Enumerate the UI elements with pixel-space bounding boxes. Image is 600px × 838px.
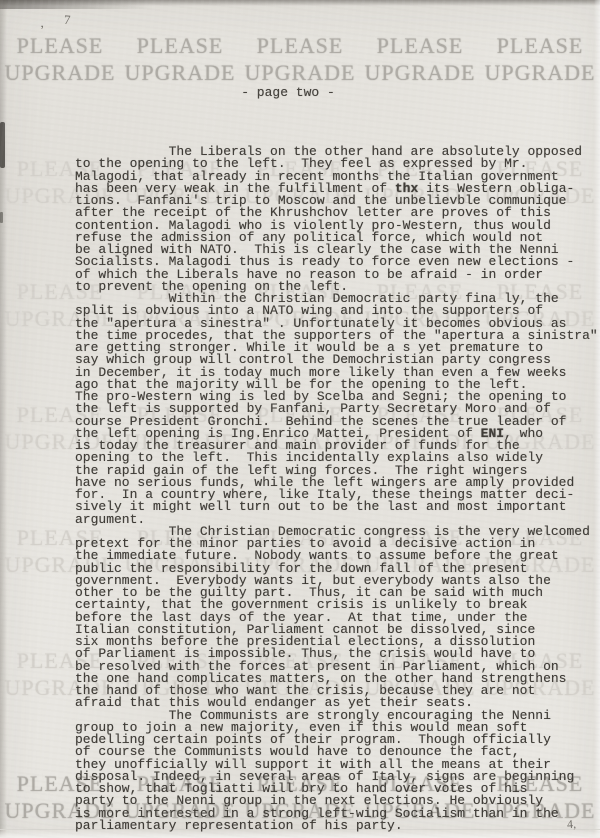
scan-edge-top-left xyxy=(0,0,150,9)
watermark-word: UPGRADE xyxy=(480,61,600,85)
watermark-word: PLEASE xyxy=(120,34,240,58)
pencil-mark: , xyxy=(39,15,44,31)
watermark-row: UPGRADEUPGRADEUPGRADEUPGRADEUPGRADE xyxy=(0,61,600,85)
watermark-word: PLEASE xyxy=(0,34,120,58)
paragraph: The Communists are strongly encouraging … xyxy=(75,710,595,833)
pencil-corner-mark: 4, xyxy=(566,817,576,833)
paragraph: The Christian Democratic congress is the… xyxy=(75,526,595,710)
typewritten-text: The Liberals on the other hand are absol… xyxy=(75,146,595,832)
watermark-word: PLEASE xyxy=(240,34,360,58)
watermark-word: PLEASE xyxy=(360,34,480,58)
paragraph: Within the Christian Democratic party fi… xyxy=(75,293,595,526)
page-number-label: - page two - xyxy=(0,85,588,100)
scanned-document-page: PLEASEPLEASEPLEASEPLEASEPLEASEUPGRADEUPG… xyxy=(0,0,600,838)
watermark-word: PLEASE xyxy=(480,34,600,58)
watermark-word: UPGRADE xyxy=(120,61,240,85)
scan-left-dash xyxy=(0,212,3,223)
watermark-word: UPGRADE xyxy=(360,61,480,85)
paragraph: The Liberals on the other hand are absol… xyxy=(75,146,595,293)
watermark-word: UPGRADE xyxy=(240,61,360,85)
watermark-word: UPGRADE xyxy=(0,61,120,85)
watermark-row: PLEASEPLEASEPLEASEPLEASEPLEASE xyxy=(0,34,600,58)
scan-left-notch xyxy=(0,122,5,168)
pencil-mark: 7 xyxy=(64,12,71,28)
